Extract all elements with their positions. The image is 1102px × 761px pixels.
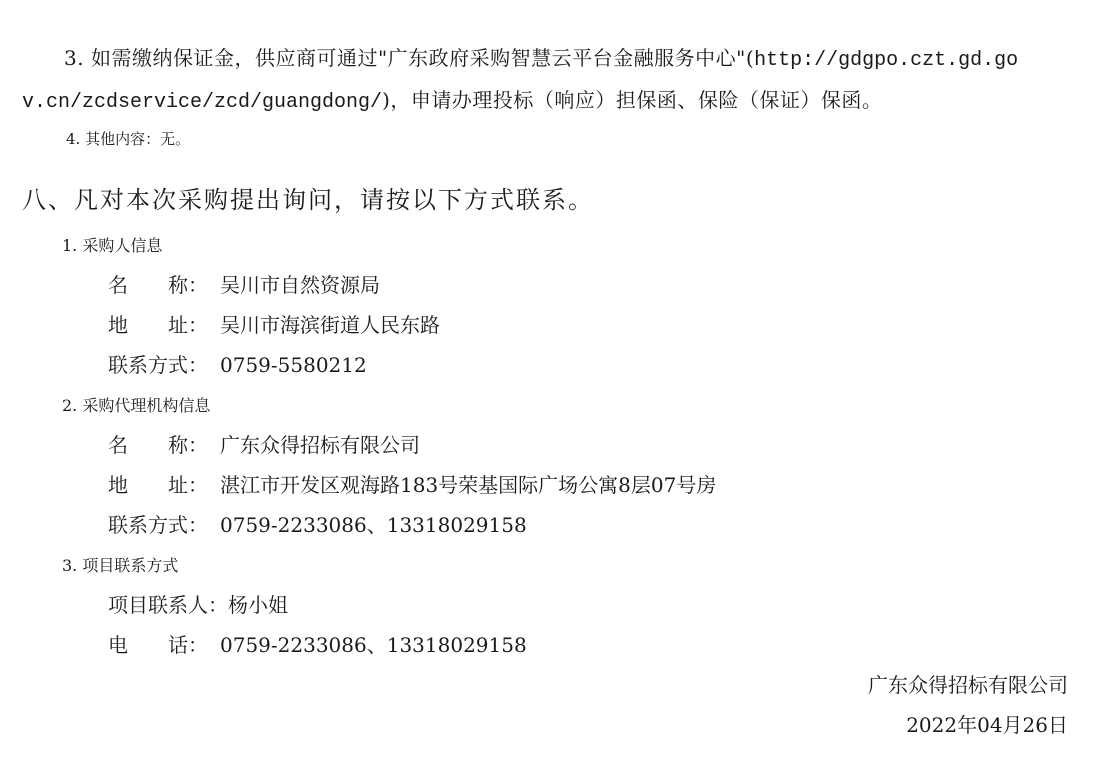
project-contact-heading: 3. 项目联系方式: [62, 553, 178, 576]
project-phone-label: 电 话：: [108, 629, 220, 658]
guarantee-url-part-2: v.cn/zcdservice/zcd/guangdong/: [22, 91, 382, 114]
project-person-label: 项目联系人：: [108, 589, 228, 618]
purchaser-address: 吴川市海滨街道人民东路: [220, 313, 440, 337]
purchaser-heading: 1. 采购人信息: [62, 233, 162, 256]
agency-address: 湛江市开发区观海路183号荣基国际广场公寓8层07号房: [220, 473, 716, 497]
agency-address-label: 地 址：: [108, 469, 220, 498]
item-3-line-1: 3. 如需缴纳保证金，供应商可通过"广东政府采购智慧云平台金融服务中心"(htt…: [64, 42, 1018, 72]
item-3-text: 3. 如需缴纳保证金，供应商可通过"广东政府采购智慧云平台金融服务中心"(: [64, 46, 754, 70]
item-4: 4. 其他内容：无。: [66, 128, 190, 149]
signature-company: 广东众得招标有限公司: [868, 669, 1068, 698]
signature-date: 2022年04月26日: [906, 709, 1068, 738]
agency-address-row: 地 址：湛江市开发区观海路183号荣基国际广场公寓8层07号房: [108, 469, 716, 498]
purchaser-contact-label: 联系方式：: [108, 349, 220, 378]
item-3-line-2: v.cn/zcdservice/zcd/guangdong/)，申请办理投标（响…: [22, 84, 882, 114]
purchaser-address-row: 地 址：吴川市海滨街道人民东路: [108, 309, 440, 338]
purchaser-name-row: 名 称：吴川市自然资源局: [108, 269, 380, 298]
purchaser-name: 吴川市自然资源局: [220, 273, 380, 297]
project-phone: 0759-2233086、13318029158: [220, 633, 527, 657]
agency-contact-row: 联系方式：0759-2233086、13318029158: [108, 509, 527, 538]
project-person: 杨小姐: [228, 593, 288, 617]
agency-contact-label: 联系方式：: [108, 509, 220, 538]
item-3-suffix: )，申请办理投标（响应）担保函、保险（保证）保函。: [382, 88, 882, 112]
purchaser-contact: 0759-5580212: [220, 353, 367, 377]
agency-heading: 2. 采购代理机构信息: [62, 393, 210, 416]
purchaser-contact-row: 联系方式：0759-5580212: [108, 349, 367, 378]
agency-name-row: 名 称：广东众得招标有限公司: [108, 429, 420, 458]
section-8-title: 八、凡对本次采购提出询问，请按以下方式联系。: [22, 180, 594, 215]
purchaser-address-label: 地 址：: [108, 309, 220, 338]
agency-name-label: 名 称：: [108, 429, 220, 458]
guarantee-url-part-1: http://gdgpo.czt.gd.go: [754, 49, 1018, 72]
agency-contact: 0759-2233086、13318029158: [220, 513, 527, 537]
project-person-row: 项目联系人：杨小姐: [108, 589, 288, 618]
purchaser-name-label: 名 称：: [108, 269, 220, 298]
project-phone-row: 电 话：0759-2233086、13318029158: [108, 629, 527, 658]
agency-name: 广东众得招标有限公司: [220, 433, 420, 457]
